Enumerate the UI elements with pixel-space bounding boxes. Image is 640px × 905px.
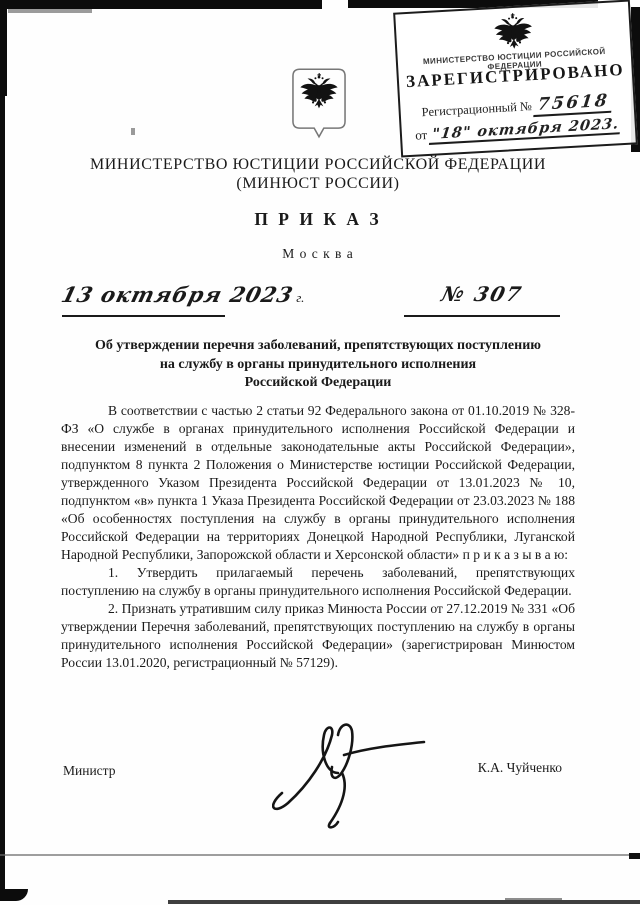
- preamble-paragraph: В соответствии с частью 2 статьи 92 Феде…: [61, 402, 575, 564]
- stamp-date-label: от: [415, 127, 428, 143]
- scan-edge-top-gray: [8, 9, 92, 13]
- scan-speck: [131, 128, 135, 135]
- scan-edge-left-upper: [0, 0, 7, 96]
- ministry-header: МИНИСТЕРСТВО ЮСТИЦИИ РОССИЙСКОЙ ФЕДЕРАЦИ…: [58, 155, 578, 193]
- stamp-reg-number-label: Регистрационный №: [421, 99, 532, 119]
- scan-hairline-end-mark: [629, 853, 640, 859]
- scan-edge-bottom-left-curve: [0, 889, 28, 901]
- coat-of-arms: [292, 67, 346, 141]
- ministry-name: МИНИСТЕРСТВО ЮСТИЦИИ РОССИЙСКОЙ ФЕДЕРАЦИ…: [58, 155, 578, 174]
- registration-stamp: МИНИСТЕРСТВО ЮСТИЦИИ РОССИЙСКОЙ ФЕДЕРАЦИ…: [393, 0, 638, 158]
- ministry-short-name: (МИНЮСТ РОССИИ): [58, 174, 578, 193]
- order-subject: Об утверждении перечня заболеваний, преп…: [60, 337, 576, 393]
- signature-icon: [272, 715, 432, 830]
- item-1-paragraph: 1. Утвердить прилагаемый перечень заболе…: [61, 564, 575, 600]
- issue-date-field: 13 октября 2023 г.: [62, 282, 225, 317]
- subject-line-1: Об утверждении перечня заболеваний, преп…: [60, 337, 576, 356]
- scan-edge-bottom: [168, 900, 640, 904]
- order-number-field: № 307: [404, 282, 560, 317]
- scan-edge-left: [0, 96, 5, 892]
- coat-of-arms-icon: [292, 67, 346, 141]
- signer-position: Министр: [63, 763, 115, 779]
- order-number-handwritten: № 307: [439, 282, 525, 306]
- scan-edge-top-left: [0, 0, 322, 9]
- item-2-paragraph: 2. Признать утратившим силу приказ Минюс…: [61, 600, 575, 672]
- issue-date-suffix: г.: [293, 290, 304, 305]
- scan-hairline: [0, 854, 640, 856]
- stamp-reg-number-value: 75618: [534, 91, 614, 118]
- subject-line-2: на службу в органы принудительного испол…: [60, 356, 576, 375]
- issue-date-handwritten: 13 октября 2023: [59, 282, 296, 307]
- scan-edge-bottom-gray: [505, 898, 562, 900]
- document-type-title: П Р И К А З: [58, 209, 578, 230]
- signer-name: К.А. Чуйченко: [478, 760, 562, 776]
- order-body: В соответствии с частью 2 статьи 92 Феде…: [61, 402, 575, 672]
- scanned-order-page: МИНИСТЕРСТВО ЮСТИЦИИ РОССИЙСКОЙ ФЕДЕРАЦИ…: [0, 0, 640, 905]
- subject-line-3: Российской Федерации: [60, 374, 576, 393]
- issue-city: М о с к в а: [58, 246, 578, 262]
